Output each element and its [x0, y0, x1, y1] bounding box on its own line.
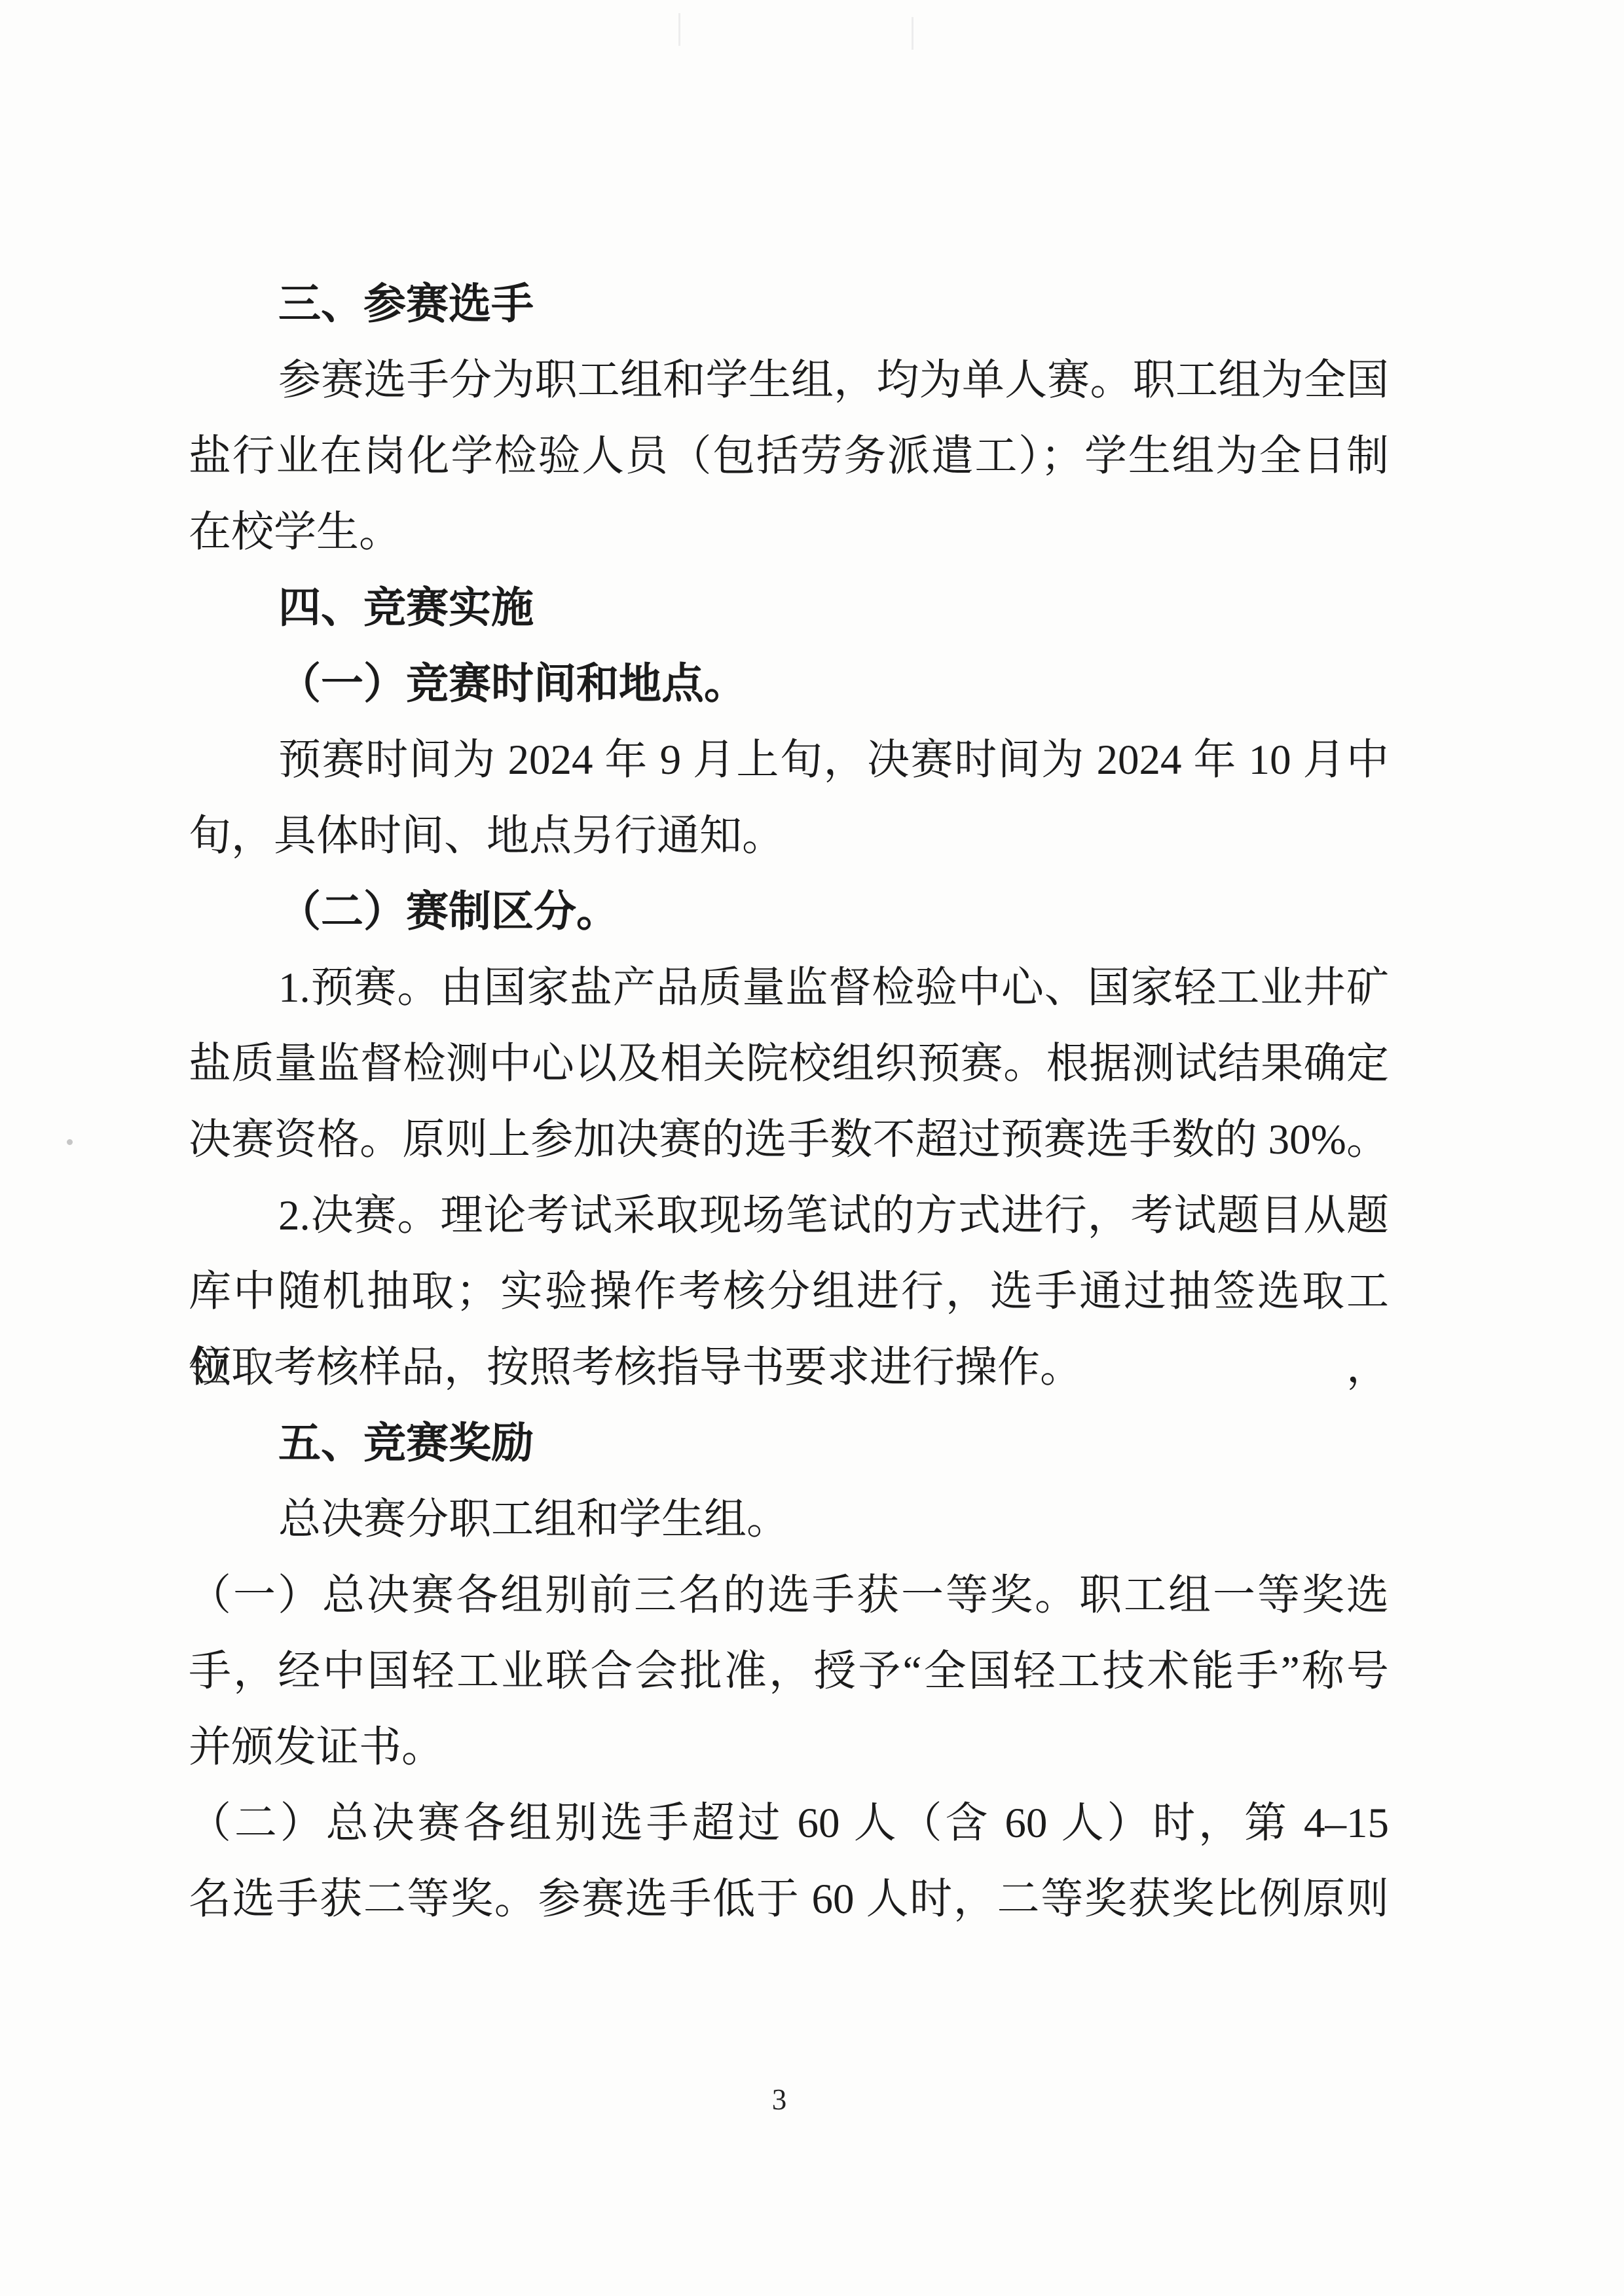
paragraph-line: 盐质量监督检测中心以及相关院校组织预赛。根据测试结果确定 [189, 1026, 1389, 1102]
paragraph-line: 名选手获二等奖。参赛选手低于 60 人时，二等奖获奖比例原则 [189, 1861, 1389, 1937]
scan-artifact [67, 1139, 73, 1145]
document-body: 三、参赛选手参赛选手分为职工组和学生组，均为单人赛。职工组为全国盐行业在岗化学检… [189, 266, 1389, 1937]
paragraph-line: 库中随机抽取；实验操作考核分组进行，选手通过抽签选取工位， [189, 1254, 1389, 1330]
paragraph-line: 2.决赛。理论考试采取现场笔试的方式进行，考试题目从题 [189, 1178, 1389, 1254]
scan-artifact [678, 13, 680, 46]
section-heading: 四、竞赛实施 [189, 570, 1389, 646]
paragraph-line: 在校学生。 [189, 494, 1389, 570]
paragraph-line: （一）总决赛各组别前三名的选手获一等奖。职工组一等奖选 [189, 1558, 1389, 1633]
paragraph-line: 并颁发证书。 [189, 1709, 1389, 1785]
paragraph-line: 盐行业在岗化学检验人员（包括劳务派遣工）；学生组为全日制 [189, 418, 1389, 494]
scan-artifact [912, 17, 913, 50]
paragraph-line: 手，经中国轻工业联合会批准，授予“全国轻工技术能手”称号 [189, 1633, 1389, 1709]
clause-heading: （一）竞赛时间和地点。 [189, 646, 1389, 722]
paragraph-line: 决赛资格。原则上参加决赛的选手数不超过预赛选手数的 30%。 [189, 1102, 1389, 1178]
paragraph-line: 总决赛分职工组和学生组。 [189, 1482, 1389, 1558]
section-heading: 五、竞赛奖励 [189, 1406, 1389, 1482]
paragraph-line: 旬，具体时间、地点另行通知。 [189, 798, 1389, 874]
paragraph-line: （二）总决赛各组别选手超过 60 人（含 60 人）时，第 4–15 [189, 1785, 1389, 1861]
paragraph-line: 参赛选手分为职工组和学生组，均为单人赛。职工组为全国 [189, 342, 1389, 418]
paragraph-line: 1.预赛。由国家盐产品质量监督检验中心、国家轻工业井矿 [189, 950, 1389, 1026]
clause-heading: （二）赛制区分。 [189, 874, 1389, 950]
paragraph-line: 预赛时间为 2024 年 9 月上旬，决赛时间为 2024 年 10 月中 [189, 722, 1389, 798]
page-number: 3 [727, 2080, 832, 2119]
section-heading: 三、参赛选手 [189, 266, 1389, 342]
document-page: 三、参赛选手参赛选手分为职工组和学生组，均为单人赛。职工组为全国盐行业在岗化学检… [0, 0, 1624, 2296]
